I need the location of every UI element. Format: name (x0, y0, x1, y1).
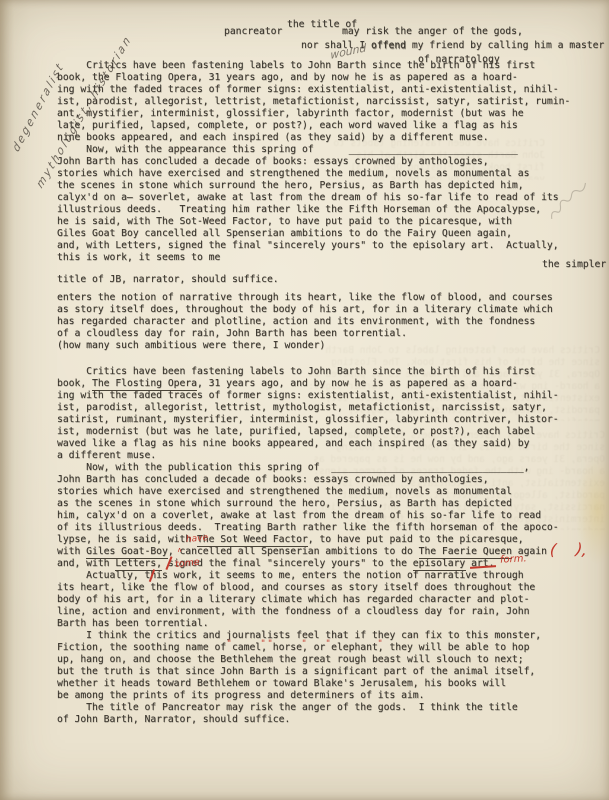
underline-episolary (413, 570, 466, 571)
underline-faerie-queen (419, 558, 512, 559)
heading-word-pancreator: pancreator (224, 26, 282, 38)
underline-giles-goat-boy (86, 558, 168, 559)
typed-hanging-phrase: the simpler (542, 259, 606, 271)
typed-paragraph-draft1: Critics have been fastening labels to Jo… (57, 60, 570, 264)
overstruck-word: offend (372, 41, 407, 53)
typed-closing-line-draft1: title of JB, narrator, should suffice. (57, 274, 279, 286)
red-quote-mark: " (227, 639, 231, 649)
red-quote-mark: " (378, 639, 382, 649)
heading-line1: may risk the anger of the gods, (342, 26, 523, 38)
red-quote-mark: " (268, 639, 272, 649)
typed-paragraph-draft1-continued: enters the notion of narrative through i… (57, 292, 553, 352)
underline-sot-weed-factor (197, 546, 308, 547)
underline-letters (115, 570, 162, 571)
underline-flosting-opera (92, 390, 197, 391)
red-replacement-form: form. (500, 553, 527, 565)
red-quote-mark: " (261, 639, 265, 649)
red-quote-mark: " (302, 639, 306, 649)
red-paren-close: ), (575, 539, 589, 559)
red-caret-mark: ∧ (177, 546, 182, 554)
red-quote-mark: " (326, 639, 330, 649)
red-insertion-have: have (186, 533, 209, 545)
scanned-manuscript-page: Critics have been fastening labels to Jo… (0, 0, 609, 800)
